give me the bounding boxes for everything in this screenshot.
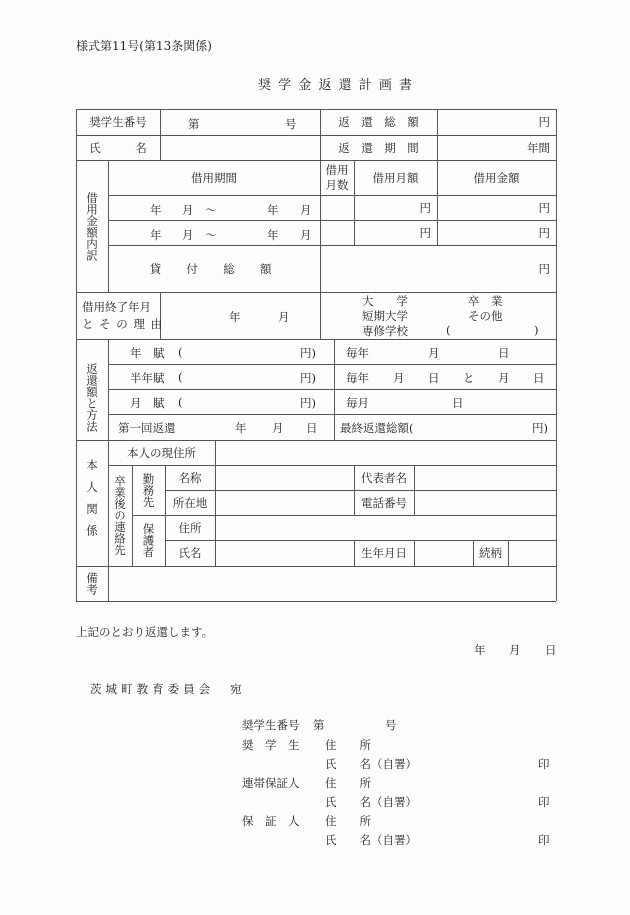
schedule-prefix: 毎年 [346,345,369,361]
guardian-address-label: 住所 [165,515,215,540]
sig-go: 号 [385,717,397,733]
work-address-field[interactable] [215,490,354,515]
sig-joint-guarantor-name[interactable]: 氏 名（自署） [325,794,417,810]
to-year: 年 [267,202,279,218]
guardian-label: 保護者 [142,523,154,558]
current-address-label: 本人の現住所 [108,440,215,465]
borrow-period-header: 借用期間 [108,160,320,195]
schedule-day: 日 [498,345,510,361]
schedule-month: 月 [428,345,440,361]
work-address-label: 所在地 [165,490,215,515]
loan-total-field[interactable]: 円 [320,245,556,292]
final-total-label: 最終返還総額( [340,420,414,436]
workplace-label: 勤務先 [142,473,154,508]
schedule-prefix: 毎月 [346,395,369,411]
phone-label: 電話番号 [354,490,414,515]
borrow-months-field[interactable] [320,195,354,220]
relation-field[interactable] [508,540,556,566]
sig-joint-guarantor-address[interactable]: 住 所 [325,775,371,791]
seal-icon: 印 [538,794,550,810]
tilde: 〜 [205,227,217,243]
sig-student-label: 奨 学 生 [242,737,300,753]
rep-name-label: 代表者名 [354,465,414,490]
sig-student-name[interactable]: 氏 名（自署） [325,756,417,772]
guardian-address-field[interactable] [215,515,556,540]
schedule-day: 日 [452,395,464,411]
work-name-field[interactable] [215,465,354,490]
student-number-label: 奨学生番号 [76,109,160,135]
name-field[interactable] [160,135,320,160]
relation-label: 続柄 [473,540,508,566]
yen-unit: 円) [300,395,316,411]
addressee-suffix: 宛 [230,681,242,697]
option-other[interactable]: その他 [468,308,503,324]
borrow-amount-header: 借用金額 [437,160,556,195]
remarks-label: 備考 [86,572,98,595]
yen-unit: 円) [300,345,316,361]
schedule-month-2: 月 [498,370,510,386]
sig-guarantor-address[interactable]: 住 所 [325,813,371,829]
end-month: 月 [278,309,290,325]
statement: 上記のとおり返還します。 [76,624,213,640]
seal-icon: 印 [538,756,550,772]
paren: ( [178,370,183,384]
sig-dai: 第 [313,717,325,733]
option-graduate[interactable]: 卒 業 [468,293,503,309]
seal-icon: 印 [538,832,550,848]
work-name-label: 名称 [165,465,215,490]
schedule-prefix: 毎年 [346,370,369,386]
from-month: 月 [182,227,194,243]
name-label: 氏 名 [76,135,160,160]
borrow-amount-field[interactable]: 円 [437,195,556,220]
first-return-day: 日 [306,420,318,436]
paren-close: ) [534,323,539,337]
page-title: 奨学金返還計画書 [258,74,419,93]
borrow-monthly-header: 借用月額 [354,160,437,195]
from-year: 年 [150,202,162,218]
end-year: 年 [229,309,241,325]
yen-unit: 円) [300,370,316,386]
to-year: 年 [267,227,279,243]
birthdate-field[interactable] [414,540,473,566]
tilde: 〜 [205,202,217,218]
form-number: 様式第11号(第13条関係) [76,37,212,54]
repay-type-label: 半年賦 [130,370,165,386]
sig-joint-guarantor-label: 連帯保証人 [242,775,300,791]
to-month: 月 [300,227,312,243]
remarks-field[interactable] [108,566,556,601]
first-return-label: 第一回返還 [118,420,176,436]
date-day: 日 [545,642,557,658]
option-vocational[interactable]: 専修学校 [362,323,408,339]
repay-method-label: 返還額と方法 [86,363,98,417]
total-return-label: 返 還 総 額 [320,109,437,135]
paren-open: ( [446,323,451,337]
paren: ( [178,395,183,409]
schedule-day-2: 日 [533,370,545,386]
schedule-month: 月 [393,370,405,386]
borrow-months-header: 借用月数 [320,160,354,195]
from-year: 年 [150,227,162,243]
end-reason-label-line2: と そ の 理 由 [82,316,163,332]
rep-name-field[interactable] [414,465,556,490]
sig-guarantor-name[interactable]: 氏 名（自署） [325,832,417,848]
final-total-unit: 円) [532,420,548,436]
addressee: 茨城町教育委員会 [90,681,214,697]
from-month: 月 [182,202,194,218]
schedule-day: 日 [428,370,440,386]
guardian-name-field[interactable] [215,540,354,566]
option-junior-college[interactable]: 短期大学 [362,308,408,324]
phone-field[interactable] [414,490,556,515]
date-month: 月 [509,642,521,658]
borrow-months-field[interactable] [320,220,354,245]
first-return-month: 月 [272,420,284,436]
return-period-field[interactable]: 年間 [437,135,556,160]
schedule-and: と [463,370,475,386]
borrow-breakdown-label: 借用金額内訳 [86,192,98,261]
current-address-field[interactable] [215,440,556,465]
date-year: 年 [474,642,486,658]
guardian-name-label: 氏名 [165,540,215,566]
personal-section-label: 本人関係 [86,459,98,546]
total-return-field[interactable]: 円 [437,109,556,135]
after-graduation-contact-label: 卒業後の連絡先 [114,475,126,556]
sig-guarantor-label: 保 証 人 [242,813,300,829]
repay-type-label: 月 賦 [130,395,165,411]
repay-type-label: 年 賦 [130,345,165,361]
first-return-year: 年 [235,420,247,436]
birthdate-label: 生年月日 [354,540,414,566]
to-month: 月 [300,202,312,218]
return-period-label: 返 還 期 間 [320,135,437,160]
option-university[interactable]: 大 学 [362,293,408,309]
student-number-go: 号 [285,116,297,132]
sig-student-address[interactable]: 住 所 [325,737,371,753]
sig-student-no-label: 奨学生番号 [242,717,300,733]
paren: ( [178,345,183,359]
borrow-monthly-field[interactable]: 円 [354,220,437,245]
borrow-amount-field[interactable]: 円 [437,220,556,245]
end-reason-label-line1: 借用終了年月 [82,299,151,315]
borrow-monthly-field[interactable]: 円 [354,195,437,220]
loan-total-label: 貸 付 総 額 [108,245,320,292]
